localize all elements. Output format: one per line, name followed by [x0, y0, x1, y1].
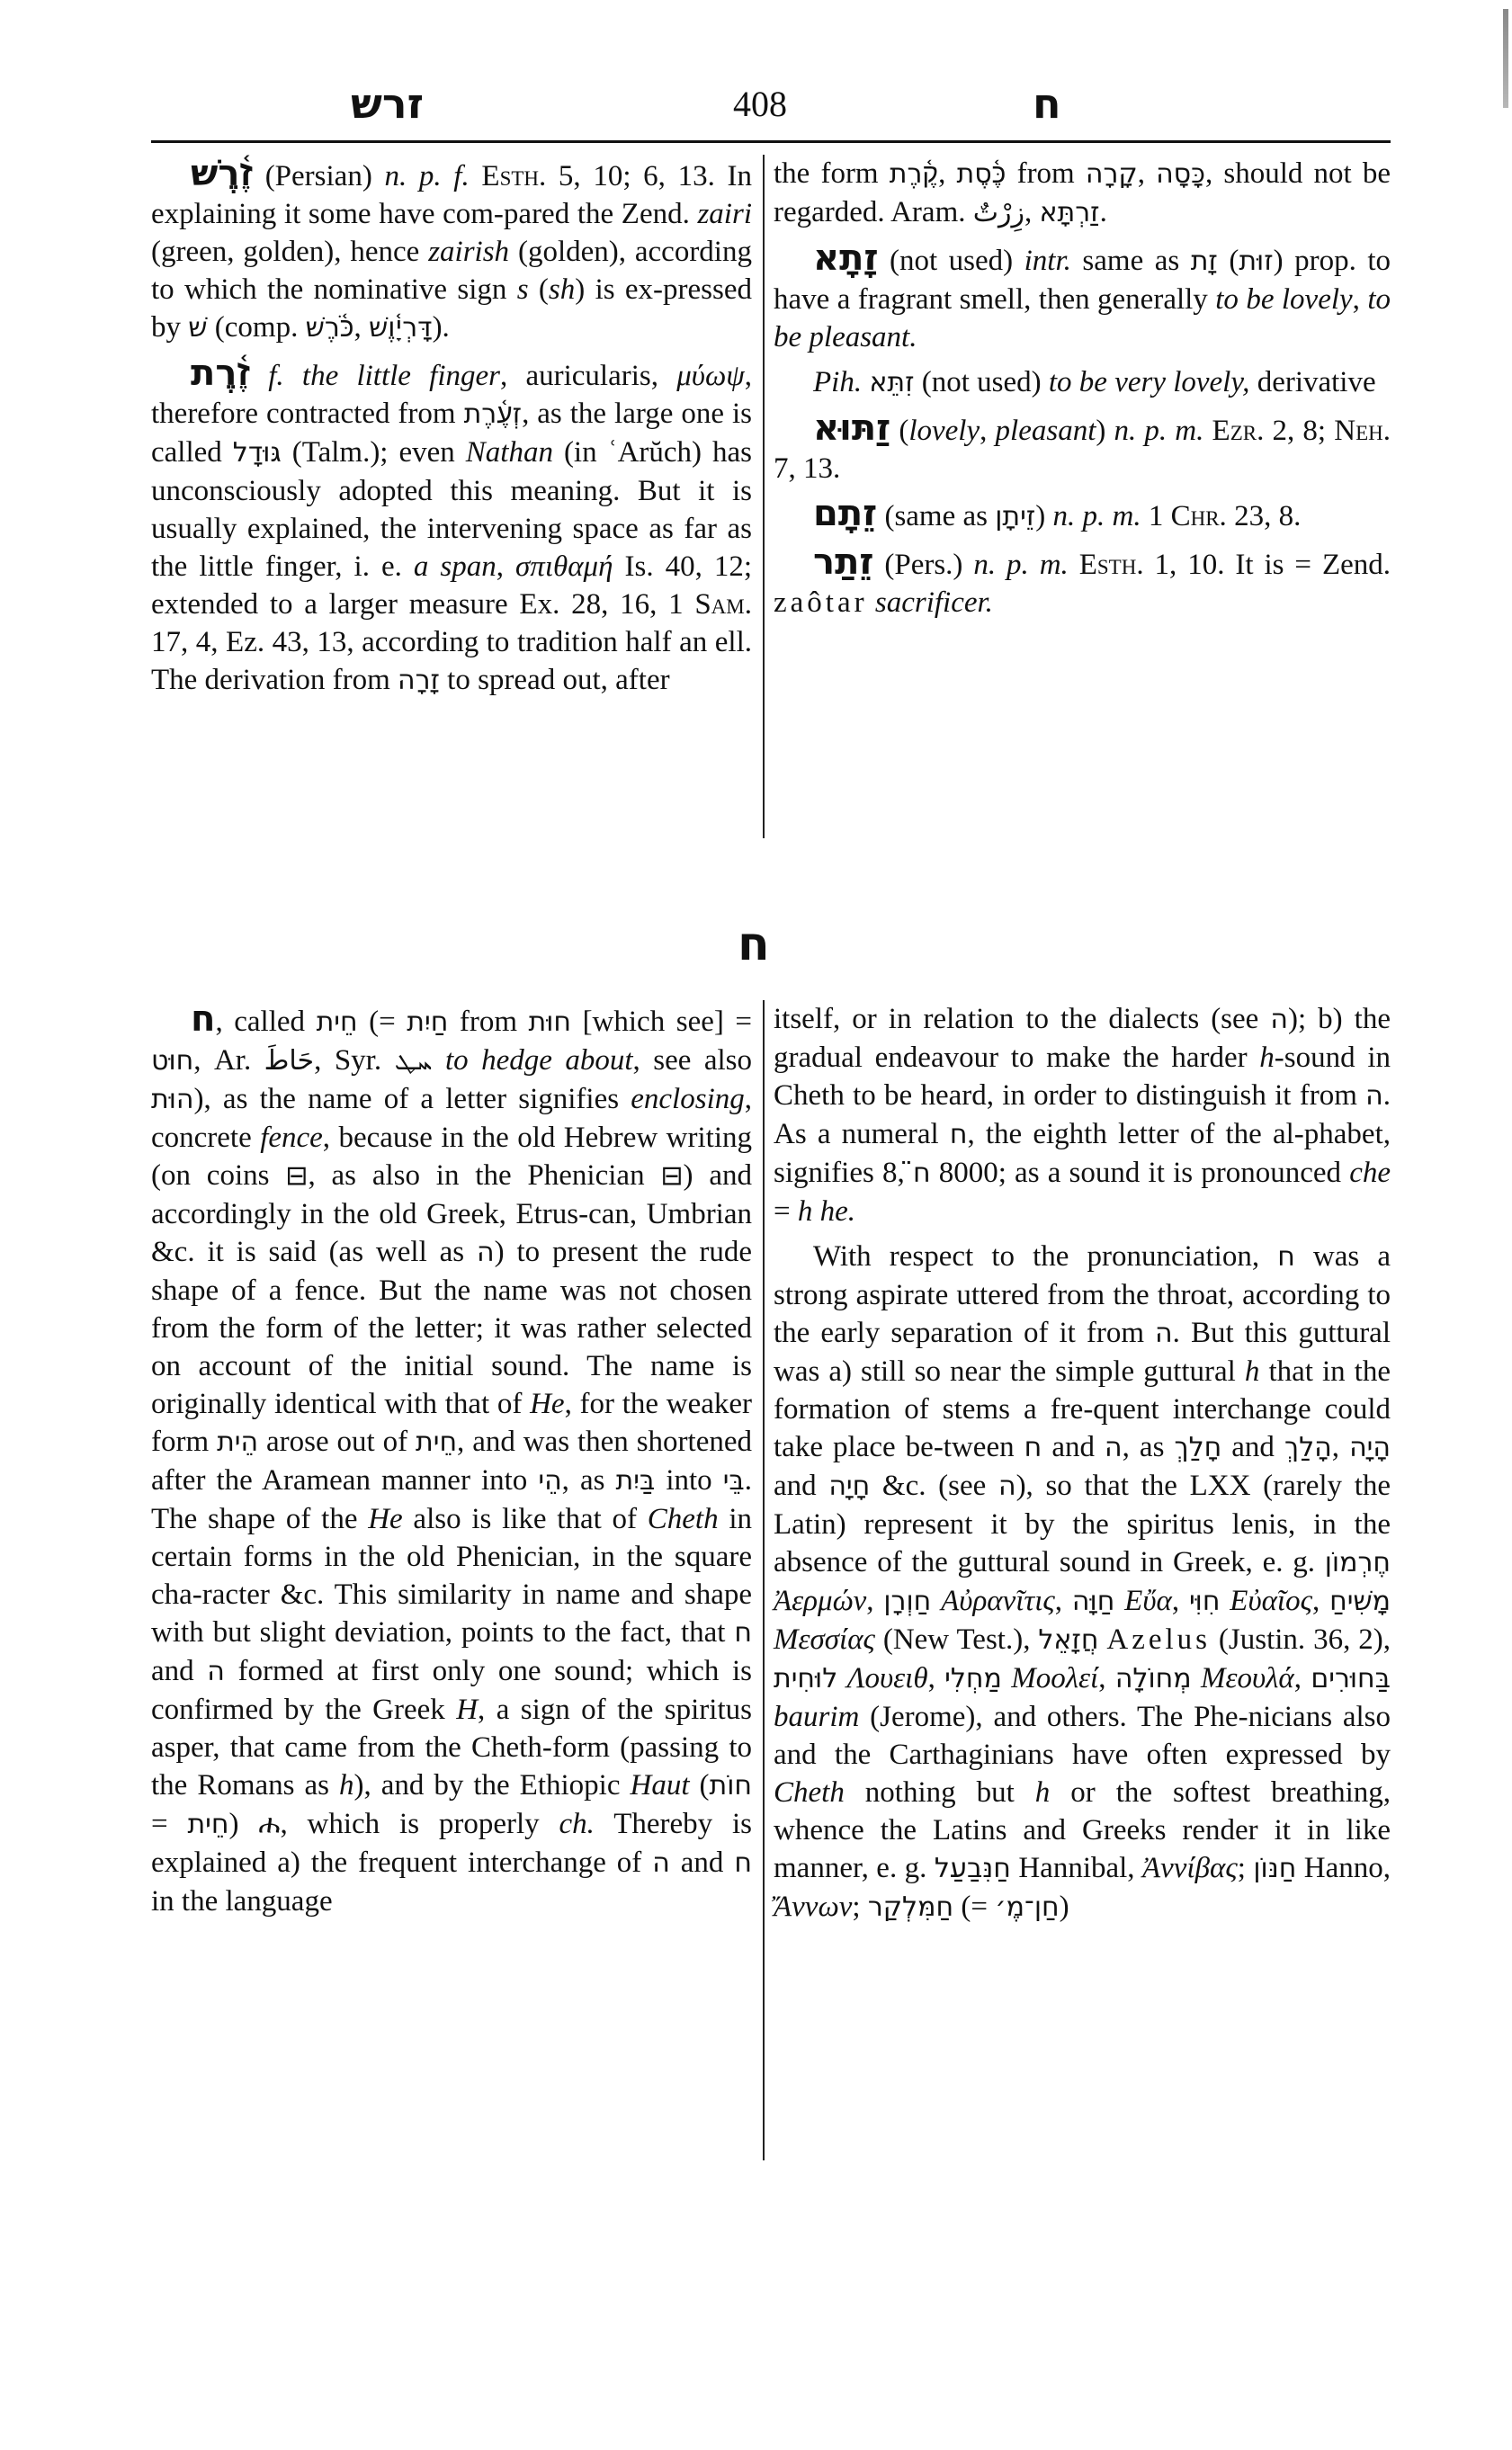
entry-text: ,	[497, 550, 515, 583]
hebrew-term: حَاطَ	[264, 1045, 314, 1077]
entry-text: ), as the name of a letter signifies	[194, 1083, 631, 1115]
entry-text: the form	[774, 157, 890, 190]
entry-text: and	[151, 1655, 207, 1687]
entry-text: Esth.	[1079, 549, 1144, 581]
hebrew-term: ה	[477, 1237, 495, 1268]
entry-text: (Jerome), and others. The Phe-nicians al…	[774, 1701, 1391, 1771]
section-heading-cheth: ח	[738, 917, 770, 971]
hebrew-term: חַוָּה	[1072, 1586, 1114, 1617]
entry-text: Εὐαῖος	[1230, 1585, 1312, 1617]
hebrew-term: ח̈	[913, 1158, 931, 1189]
entry-text: (=	[358, 1006, 407, 1038]
entry-text: (Justin. 36, 2),	[1211, 1623, 1391, 1656]
hebrew-term: כָּסָה	[1156, 158, 1205, 190]
entry-text: With respect to the pronunciation,	[813, 1240, 1277, 1273]
entry-text: ,	[1294, 1662, 1311, 1694]
entry-text: Λουειθ	[847, 1662, 928, 1694]
hebrew-term: הֵי	[538, 1465, 561, 1497]
hebrew-term: ח	[950, 1119, 968, 1150]
entry-text: from	[1006, 157, 1085, 190]
entry-text: enclosing	[631, 1083, 744, 1115]
running-head: זרש 408 ח	[0, 79, 1512, 133]
entry-text: h	[339, 1769, 354, 1802]
entry-text	[931, 1585, 941, 1617]
entry-text: )	[1035, 500, 1052, 532]
entry-text: ,	[928, 1662, 945, 1694]
entry-text: fence	[260, 1122, 323, 1154]
entry-text: )	[1096, 415, 1114, 447]
entry-text: pleasant	[996, 415, 1096, 447]
entry-text: (comp.	[208, 311, 306, 344]
entry-text: ,	[1353, 283, 1368, 316]
entry-text: ,	[1024, 196, 1040, 228]
hebrew-term: زِرْتٌ	[973, 197, 1024, 228]
column-divider	[763, 1000, 765, 2160]
hebrew-term: הָלַךְ	[1284, 1432, 1332, 1463]
entry-text: Ἀννίβας	[1142, 1852, 1238, 1884]
entry-text: , Ar.	[193, 1044, 264, 1077]
entry-text: che	[1349, 1157, 1391, 1189]
entry-text: and	[670, 1846, 735, 1879]
upper-left-column: זֶ֫רֶשׁ (Persian) n. p. f. Esth. 5, 10; …	[151, 155, 752, 707]
hebrew-term: חֵית	[317, 1006, 358, 1038]
entry-text: f. the little finger	[268, 360, 500, 392]
entry-text: (not used)	[914, 366, 1048, 398]
hebrew-term: חַן־מֶ׳	[995, 1891, 1059, 1923]
hebrew-term: כֶּ֫סֶת	[957, 158, 1007, 190]
entry-text: , called	[215, 1006, 316, 1038]
hebrew-term: קֶ֫רֶת	[890, 158, 938, 190]
hebrew-term: קָרָה	[1086, 158, 1138, 190]
entry-text: )	[1060, 1891, 1069, 1923]
entry-text: 1, 10. It is = Zend.	[1144, 549, 1391, 581]
entry-text	[868, 586, 875, 619]
left-catchword: זרש	[351, 79, 424, 128]
entry-text: Ἀερμών	[774, 1585, 866, 1617]
hebrew-term: חָלַךְ	[1174, 1432, 1221, 1463]
entry-text: (green, golden), hence	[151, 236, 428, 268]
entry-text	[250, 360, 268, 392]
entry-text: (	[1218, 245, 1239, 277]
entry-text: intr.	[1024, 245, 1071, 277]
hebrew-term: הוּת	[151, 1084, 194, 1115]
hebrew-term: ח	[734, 1617, 752, 1649]
hebrew-term: חוּט	[151, 1045, 193, 1077]
entry-text: to spread out, after	[440, 664, 670, 696]
hebrew-term: זֵתַר	[813, 541, 873, 583]
right-catchword: ח	[1033, 79, 1061, 128]
entry-text: .	[1100, 196, 1107, 228]
hebrew-term: מְחוֹלָה	[1115, 1663, 1192, 1694]
entry-cheth-pronunciation: With respect to the pronunciation, ח was…	[774, 1238, 1391, 1927]
hebrew-term: זְעֶ֫רֶת	[464, 398, 523, 430]
entry-cheth-letter: ח, called חֵית (= חַיִת from חוּת [which…	[151, 1000, 752, 1920]
hebrew-term: חַנִּבַעַל	[935, 1853, 1011, 1884]
entry-text	[1069, 549, 1079, 581]
entry-text: 7, 13.	[774, 452, 840, 485]
entry-text: =	[151, 1808, 187, 1840]
entry-text: )	[229, 1808, 259, 1840]
hebrew-term: לוּחִית	[774, 1663, 837, 1694]
entry-zetham: זֵתָם (same as זֵיתָן) n. p. m. 1 Chr. 2…	[774, 495, 1391, 536]
entry-text	[433, 1044, 445, 1077]
hebrew-term: מָשִׁיחַ	[1329, 1586, 1391, 1617]
hebrew-term: ה	[998, 1471, 1016, 1502]
entry-zethar: זֵתַר (Pers.) n. p. m. Esth. 1, 10. It i…	[774, 543, 1391, 621]
entry-text: sh	[549, 273, 575, 306]
entry-text: 2, 8;	[1264, 415, 1334, 447]
entry-text: ,	[1312, 1585, 1329, 1617]
hebrew-term: זֶ֫רֶת	[191, 353, 250, 394]
entry-text: Αὐρανῖτις	[941, 1585, 1055, 1617]
entry-text: He	[530, 1388, 564, 1420]
entry-text: ,	[866, 1585, 883, 1617]
hebrew-term: בַּחוּרִים	[1311, 1663, 1391, 1694]
entry-text: , as	[1123, 1431, 1175, 1463]
entry-text: , see also	[633, 1044, 752, 1077]
entry-text: into	[655, 1464, 722, 1497]
hebrew-term: חָיָה	[828, 1471, 870, 1502]
entry-zereth: זֶ֫רֶת f. the little finger, auricularis…	[151, 354, 752, 700]
hebrew-term: ⊟	[285, 1160, 308, 1192]
entry-text	[1220, 1585, 1230, 1617]
entry-text: zairish	[428, 236, 509, 268]
entry-text: zairi	[697, 198, 752, 230]
entry-text	[837, 1662, 846, 1694]
entry-text: Azelus	[1106, 1623, 1211, 1656]
upper-right-column: the form קֶ֫רֶת, כֶּ֫סֶת from קָרָה, כָּ…	[774, 155, 1391, 629]
entry-text: a span	[414, 550, 497, 583]
hebrew-term: בַּיִת	[616, 1465, 656, 1497]
hebrew-term: הֵית	[217, 1426, 258, 1458]
hebrew-term: חִוִּי	[1189, 1586, 1220, 1617]
hebrew-term: ה	[1155, 1318, 1173, 1349]
entry-text: ;	[1238, 1852, 1254, 1884]
entry-text: ,	[1098, 1662, 1115, 1694]
hebrew-term: גּוּדָל	[233, 437, 282, 469]
hebrew-term: ח	[191, 998, 215, 1040]
entry-text: ,	[1332, 1431, 1349, 1463]
entry-text: , as	[562, 1464, 616, 1497]
entry-text	[1192, 1662, 1201, 1694]
entry-text: lovely	[908, 415, 980, 447]
entry-text: to hedge about	[445, 1044, 633, 1077]
hebrew-term: זָרָה	[398, 665, 440, 696]
entry-text: and	[1221, 1431, 1284, 1463]
entry-text: Μοολεί	[1011, 1662, 1098, 1694]
hebrew-term: זֵיתָן	[995, 501, 1035, 532]
entry-text: Pih.	[813, 366, 862, 398]
entry-text: μύωψ	[676, 360, 745, 392]
entry-text: (same as	[877, 500, 995, 532]
hebrew-term: חוּת	[529, 1006, 572, 1038]
entry-text: baurim	[774, 1701, 859, 1733]
page-number: 408	[733, 83, 787, 125]
entry-text: (Pers.)	[873, 549, 973, 581]
entry-text: Μεουλά	[1201, 1662, 1294, 1694]
entry-text: (	[890, 415, 908, 447]
entry-text: He	[368, 1503, 402, 1535]
entry-text: Chr.	[1171, 500, 1227, 532]
hebrew-term: ܚܛ	[395, 1045, 433, 1077]
lower-entries-block: ח, called חֵית (= חַיִת from חוּת [which…	[151, 1000, 1391, 2169]
entry-zattu: זַתּוּא (lovely, pleasant) n. p. m. Ezr.…	[774, 409, 1391, 487]
hebrew-term: ሐ	[258, 1809, 280, 1840]
hebrew-term: כֹּ֫רֶשׁ	[306, 312, 354, 344]
entry-text: (	[529, 273, 549, 306]
entry-text: Neh.	[1334, 415, 1391, 447]
hebrew-term: ה	[1105, 1432, 1123, 1463]
hebrew-term: הָיָה	[1349, 1432, 1391, 1463]
hebrew-term: שׁ	[188, 312, 207, 344]
entry-text: σπιθαμή	[515, 550, 613, 583]
hebrew-term: מַחְלִי	[944, 1663, 1002, 1694]
entry-text: , which is properly	[280, 1808, 559, 1840]
dictionary-page: זרש 408 ח זֶ֫רֶשׁ (Persian) n. p. f. Est…	[0, 0, 1512, 2450]
entry-text: Hannibal,	[1011, 1852, 1142, 1884]
entry-text: and	[774, 1470, 828, 1502]
entry-text: from	[448, 1006, 528, 1038]
entry-text: 8000; as a sound it is pronounced	[931, 1157, 1350, 1189]
entry-text: (	[690, 1769, 710, 1802]
entry-text: n. p. m.	[973, 549, 1068, 581]
entry-text: also is like that of	[403, 1503, 648, 1535]
hebrew-term: חֵית	[187, 1809, 228, 1840]
hebrew-term: ה	[207, 1656, 225, 1687]
entry-text: h he.	[798, 1195, 855, 1228]
entry-zereth-cont: the form קֶ֫רֶת, כֶּ֫סֶת from קָרָה, כָּ…	[774, 155, 1391, 232]
entry-text: n. p. m.	[1114, 415, 1204, 447]
entry-text: [which see] =	[571, 1006, 752, 1038]
entry-text: (Persian)	[253, 160, 384, 192]
entry-text: ;	[852, 1891, 867, 1923]
entry-text: 1	[1141, 500, 1171, 532]
entry-text: &c. (see	[870, 1470, 998, 1502]
hebrew-term: חֶרְמוֹן	[1325, 1547, 1391, 1578]
entry-text	[1002, 1662, 1011, 1694]
entry-text: ), and by the Ethiopic	[353, 1769, 630, 1802]
hebrew-term: זֶ֫רֶשׁ	[191, 153, 253, 194]
lower-right-column: itself, or in relation to the dialects (…	[774, 1000, 1391, 1934]
lower-left-column: ח, called חֵית (= חַיִת from חוּת [which…	[151, 1000, 752, 1927]
hebrew-term: ⊟	[660, 1160, 683, 1192]
entry-text: ch.	[559, 1808, 595, 1840]
entry-text: ,	[1172, 1585, 1189, 1617]
entry-text: Cheth	[774, 1776, 845, 1809]
entry-text: to be lovely	[1215, 283, 1352, 316]
hebrew-term: זִתֵּא	[869, 367, 914, 398]
entry-text	[1114, 1585, 1124, 1617]
entry-text: and	[1042, 1431, 1105, 1463]
entry-text: ,	[980, 415, 995, 447]
entry-text: s	[517, 273, 529, 306]
entry-text: Ἄννων	[774, 1891, 852, 1923]
entry-text: Nathan	[466, 436, 553, 469]
entry-text: Sam.	[694, 588, 752, 621]
entry-text: n. p. f.	[384, 160, 469, 192]
hebrew-term: ח	[1024, 1432, 1042, 1463]
column-divider	[763, 155, 765, 838]
entry-text: to be very lovely,	[1049, 366, 1250, 398]
hebrew-term: זָתָא	[813, 237, 878, 279]
entry-text: (Talm.); even	[282, 436, 466, 469]
entry-text	[470, 160, 482, 192]
hebrew-term: דָּרְיָ֫וֶשׁ	[369, 312, 433, 344]
hebrew-term: ה	[652, 1847, 670, 1879]
entry-zatha: זָתָא (not used) intr. same as זָת (זוּת…	[774, 239, 1391, 356]
entry-text: ).	[433, 311, 450, 344]
hebrew-term: חַיִת	[407, 1006, 448, 1038]
entry-text: Μεσσίας	[774, 1623, 875, 1656]
entry-text: (=	[953, 1891, 995, 1923]
hebrew-term: זֵתָם	[813, 493, 877, 534]
hebrew-term: חַנּוֹן	[1253, 1853, 1296, 1884]
entry-text: Hanno,	[1296, 1852, 1391, 1884]
entry-text: sacrificer.	[875, 586, 993, 619]
entry-text: ,	[938, 157, 956, 190]
entry-text: h	[1245, 1355, 1260, 1388]
hebrew-term: חַמִּלְקַר	[868, 1891, 953, 1923]
hebrew-term: חַוְרָן	[883, 1586, 931, 1617]
entry-text: , auricularis,	[500, 360, 676, 392]
entry-text: h	[1259, 1042, 1275, 1074]
entry-text: , Syr.	[314, 1044, 394, 1077]
entry-zeresh: זֶ֫רֶשׁ (Persian) n. p. f. Esth. 5, 10; …	[151, 155, 752, 347]
entry-text: Εὔα	[1124, 1585, 1172, 1617]
hebrew-term: ה	[1365, 1080, 1383, 1112]
hebrew-term: חֲזָאֵל	[1038, 1624, 1098, 1656]
entry-text: in the language	[151, 1885, 333, 1918]
entry-text: (New Test.),	[875, 1623, 1038, 1656]
entry-text: ,	[1055, 1585, 1072, 1617]
entry-text: Haut	[631, 1769, 690, 1802]
hebrew-term: זָת	[1191, 246, 1218, 277]
hebrew-term: זַתּוּא	[813, 407, 890, 449]
entry-text: (not used)	[878, 245, 1024, 277]
entry-text: same as	[1071, 245, 1191, 277]
hebrew-term: ח	[1277, 1241, 1295, 1273]
entry-text	[1203, 415, 1212, 447]
header-rule	[151, 140, 1391, 143]
hebrew-term: ח	[734, 1847, 752, 1879]
hebrew-term: זוּת	[1239, 246, 1273, 277]
entry-text: itself, or in relation to the dialects (…	[774, 1003, 1270, 1035]
entry-cheth-cont: itself, or in relation to the dialects (…	[774, 1000, 1391, 1230]
hebrew-term: חוֹת	[710, 1770, 753, 1802]
entry-text: ,	[1138, 157, 1156, 190]
entry-text: =	[774, 1195, 798, 1228]
entry-text: H	[456, 1694, 478, 1726]
entry-text: ,	[354, 311, 370, 344]
entry-text: derivative	[1249, 366, 1375, 398]
entry-text: zaôtar	[774, 586, 868, 619]
entry-text: , as also in the Phenician	[308, 1159, 660, 1192]
entry-text: h	[1035, 1776, 1051, 1809]
hebrew-term: חֵית	[416, 1426, 457, 1458]
hebrew-term: בֵּי	[723, 1465, 745, 1497]
entry-text: n. p. m.	[1053, 500, 1141, 532]
entry-zatha-pih: Pih. זִתֵּא (not used) to be very lovely…	[774, 363, 1391, 402]
entry-text: arose out of	[258, 1426, 416, 1458]
entry-text: Cheth	[648, 1503, 719, 1535]
hebrew-term: ה	[1270, 1004, 1288, 1035]
upper-entries-block: זֶ֫רֶשׁ (Persian) n. p. f. Esth. 5, 10; …	[151, 155, 1391, 838]
entry-text: 23, 8.	[1227, 500, 1302, 532]
scan-edge-artifact	[1503, 9, 1508, 108]
entry-text: Esth.	[481, 160, 546, 192]
hebrew-term: זַרְתָּא	[1039, 197, 1099, 228]
entry-text: Ezr.	[1212, 415, 1265, 447]
entry-text: nothing but	[845, 1776, 1035, 1809]
